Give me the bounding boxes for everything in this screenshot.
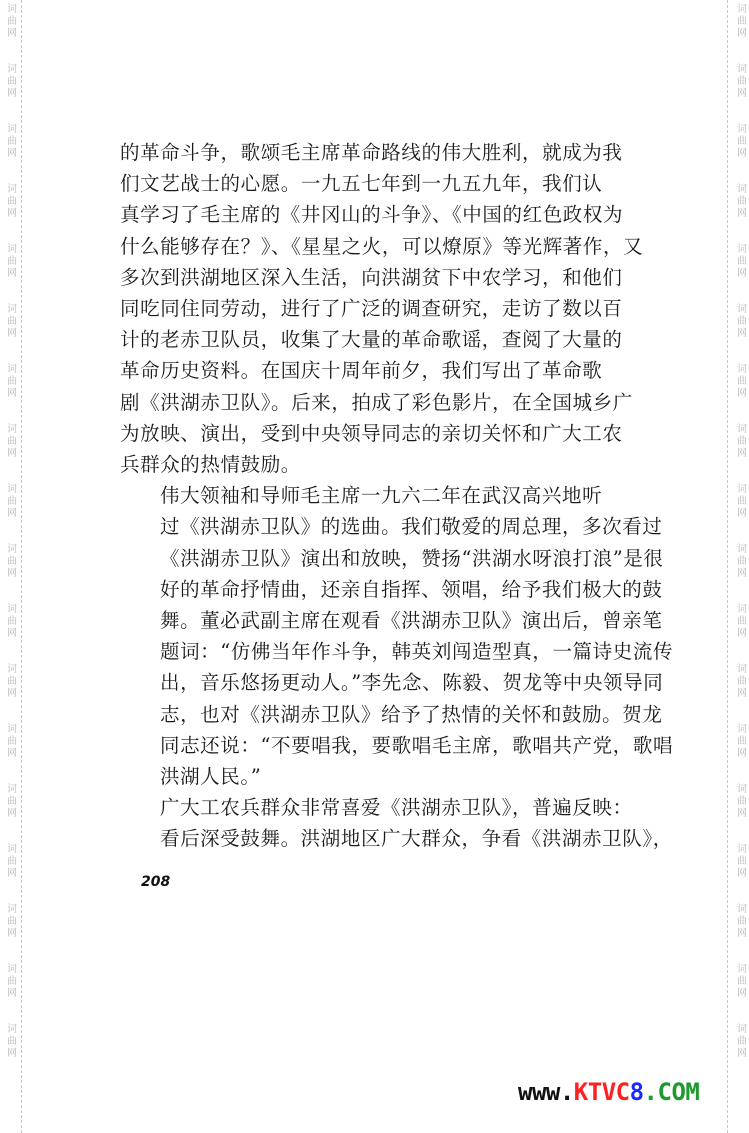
watermark-char: 网 bbox=[737, 208, 747, 220]
text-line: 看后深受鼓舞。洪湖地区广大群众，争看《洪湖赤卫队》， bbox=[120, 823, 570, 854]
watermark-char: 词 bbox=[7, 604, 17, 616]
watermark-char: 词 bbox=[7, 364, 17, 376]
watermark-group: 词曲网 bbox=[732, 604, 749, 640]
watermark-group: 词曲网 bbox=[732, 904, 749, 940]
watermark-char: 曲 bbox=[737, 376, 747, 388]
watermark-char: 网 bbox=[7, 448, 17, 460]
watermark-char: 词 bbox=[7, 124, 17, 136]
text-line: 志，也对《洪湖赤卫队》给予了热情的关怀和鼓励。贺龙 bbox=[120, 699, 570, 730]
watermark-char: 网 bbox=[737, 448, 747, 460]
watermark-char: 网 bbox=[7, 808, 17, 820]
paragraph-3: 广大工农兵群众非常喜爱《洪湖赤卫队》，普遍反映：看后深受鼓舞。洪湖地区广大群众，… bbox=[120, 792, 570, 854]
watermark-char: 网 bbox=[737, 688, 747, 700]
watermark-char: 网 bbox=[7, 208, 17, 220]
watermark-char: 网 bbox=[737, 28, 747, 40]
watermark-group: 词曲网 bbox=[2, 664, 22, 700]
text-line: 为放映、演出，受到中央领导同志的亲切关怀和广大工农 bbox=[120, 418, 570, 449]
watermark-char: 网 bbox=[7, 628, 17, 640]
watermark-char: 曲 bbox=[7, 616, 17, 628]
watermark-char: 曲 bbox=[737, 1036, 747, 1048]
watermark-char: 网 bbox=[7, 1048, 17, 1060]
watermark-group: 词曲网 bbox=[2, 724, 22, 760]
watermark-char: 词 bbox=[7, 664, 17, 676]
watermark-char: 网 bbox=[7, 928, 17, 940]
watermark-char: 网 bbox=[7, 88, 17, 100]
watermark-group: 词曲网 bbox=[2, 184, 22, 220]
watermark-char: 曲 bbox=[7, 76, 17, 88]
watermark-char: 网 bbox=[737, 508, 747, 520]
watermark-char: 曲 bbox=[737, 736, 747, 748]
watermark-char: 曲 bbox=[7, 916, 17, 928]
watermark-group: 词曲网 bbox=[732, 304, 749, 340]
text-line: 的革命斗争，歌颂毛主席革命路线的伟大胜利，就成为我 bbox=[120, 137, 570, 168]
text-line: 同志还说：“不要唱我，要歌唱毛主席，歌唱共产党，歌唱 bbox=[120, 730, 570, 761]
text-line: 真学习了毛主席的《井冈山的斗争》、《中国的红色政权为 bbox=[120, 199, 570, 230]
watermark-char: 词 bbox=[737, 184, 747, 196]
watermark-char: 曲 bbox=[7, 316, 17, 328]
watermark-char: 词 bbox=[7, 64, 17, 76]
right-dashed-divider bbox=[727, 0, 728, 1133]
left-watermark-column: 词曲网词曲网词曲网词曲网词曲网词曲网词曲网词曲网词曲网词曲网词曲网词曲网词曲网词… bbox=[0, 0, 20, 1133]
text-line: 同吃同住同劳动，进行了广泛的调查研究，走访了数以百 bbox=[120, 293, 570, 324]
watermark-char: 网 bbox=[737, 1048, 747, 1060]
watermark-char: 词 bbox=[737, 244, 747, 256]
watermark-char: 网 bbox=[737, 808, 747, 820]
watermark-char: 网 bbox=[7, 688, 17, 700]
watermark-char: 词 bbox=[737, 364, 747, 376]
watermark-char: 曲 bbox=[7, 556, 17, 568]
watermark-char: 曲 bbox=[7, 856, 17, 868]
watermark-group: 词曲网 bbox=[2, 544, 22, 580]
watermark-char: 网 bbox=[7, 748, 17, 760]
watermark-char: 网 bbox=[737, 88, 747, 100]
watermark-group: 词曲网 bbox=[2, 304, 22, 340]
watermark-group: 词曲网 bbox=[732, 964, 749, 1000]
watermark-char: 词 bbox=[7, 904, 17, 916]
watermark-group: 词曲网 bbox=[2, 4, 22, 40]
watermark-group: 词曲网 bbox=[732, 424, 749, 460]
watermark-char: 网 bbox=[7, 868, 17, 880]
watermark-group: 词曲网 bbox=[732, 844, 749, 880]
watermark-char: 网 bbox=[737, 628, 747, 640]
watermark-group: 词曲网 bbox=[2, 604, 22, 640]
watermark-char: 网 bbox=[737, 748, 747, 760]
watermark-char: 网 bbox=[737, 148, 747, 160]
watermark-char: 词 bbox=[737, 424, 747, 436]
watermark-group: 词曲网 bbox=[2, 364, 22, 400]
watermark-char: 曲 bbox=[737, 976, 747, 988]
paragraph-2: 伟大领袖和导师毛主席一九六二年在武汉高兴地听过《洪湖赤卫队》的选曲。我们敬爱的周… bbox=[120, 480, 570, 792]
watermark-group: 词曲网 bbox=[732, 664, 749, 700]
watermark-char: 网 bbox=[737, 388, 747, 400]
watermark-group: 词曲网 bbox=[2, 484, 22, 520]
watermark-char: 词 bbox=[737, 1024, 747, 1036]
url-ktvc: KTVC bbox=[574, 1078, 630, 1106]
watermark-char: 词 bbox=[7, 544, 17, 556]
watermark-char: 曲 bbox=[7, 16, 17, 28]
watermark-char: 词 bbox=[7, 724, 17, 736]
watermark-char: 曲 bbox=[7, 256, 17, 268]
watermark-char: 曲 bbox=[737, 196, 747, 208]
watermark-char: 网 bbox=[7, 28, 17, 40]
url-com: .COM bbox=[644, 1078, 700, 1106]
watermark-char: 曲 bbox=[737, 496, 747, 508]
page-number: 208 bbox=[141, 874, 170, 890]
watermark-char: 曲 bbox=[7, 1036, 17, 1048]
watermark-char: 词 bbox=[737, 904, 747, 916]
text-line: 们文艺战士的心愿。一九五七年到一九五九年，我们认 bbox=[120, 168, 570, 199]
watermark-char: 曲 bbox=[7, 376, 17, 388]
watermark-char: 词 bbox=[737, 964, 747, 976]
watermark-group: 词曲网 bbox=[732, 484, 749, 520]
watermark-char: 词 bbox=[737, 604, 747, 616]
text-line: 洪湖人民。” bbox=[120, 761, 570, 792]
watermark-char: 网 bbox=[737, 568, 747, 580]
watermark-char: 网 bbox=[7, 148, 17, 160]
watermark-group: 词曲网 bbox=[2, 424, 22, 460]
site-watermark-url: www.KTVC8.COM bbox=[518, 1078, 699, 1106]
watermark-char: 网 bbox=[737, 268, 747, 280]
watermark-char: 词 bbox=[737, 724, 747, 736]
watermark-group: 词曲网 bbox=[732, 544, 749, 580]
watermark-char: 网 bbox=[7, 268, 17, 280]
watermark-char: 曲 bbox=[7, 436, 17, 448]
text-line: 剧《洪湖赤卫队》。后来，拍成了彩色影片，在全国城乡广 bbox=[120, 387, 570, 418]
watermark-char: 词 bbox=[737, 784, 747, 796]
watermark-char: 曲 bbox=[7, 736, 17, 748]
watermark-char: 曲 bbox=[737, 136, 747, 148]
watermark-char: 词 bbox=[737, 844, 747, 856]
watermark-char: 曲 bbox=[7, 676, 17, 688]
watermark-group: 词曲网 bbox=[2, 784, 22, 820]
watermark-group: 词曲网 bbox=[732, 1024, 749, 1060]
watermark-char: 词 bbox=[737, 664, 747, 676]
watermark-char: 词 bbox=[7, 844, 17, 856]
watermark-char: 词 bbox=[737, 4, 747, 16]
text-line: 计的老赤卫队员，收集了大量的革命歌谣，查阅了大量的 bbox=[120, 324, 570, 355]
watermark-group: 词曲网 bbox=[732, 124, 749, 160]
text-line: 兵群众的热情鼓励。 bbox=[120, 449, 570, 480]
text-line: 舞。董必武副主席在观看《洪湖赤卫队》演出后，曾亲笔 bbox=[120, 605, 570, 636]
watermark-char: 曲 bbox=[7, 796, 17, 808]
watermark-group: 词曲网 bbox=[2, 844, 22, 880]
right-watermark-column: 词曲网词曲网词曲网词曲网词曲网词曲网词曲网词曲网词曲网词曲网词曲网词曲网词曲网词… bbox=[729, 0, 749, 1133]
text-line: 多次到洪湖地区深入生活，向洪湖贫下中农学习，和他们 bbox=[120, 262, 570, 293]
watermark-char: 曲 bbox=[737, 256, 747, 268]
watermark-char: 词 bbox=[737, 64, 747, 76]
watermark-char: 词 bbox=[737, 304, 747, 316]
watermark-char: 网 bbox=[7, 388, 17, 400]
watermark-char: 曲 bbox=[737, 856, 747, 868]
watermark-char: 网 bbox=[7, 568, 17, 580]
watermark-group: 词曲网 bbox=[732, 4, 749, 40]
url-www: www. bbox=[518, 1078, 574, 1106]
book-page-body: 的革命斗争，歌颂毛主席革命路线的伟大胜利，就成为我们文艺战士的心愿。一九五七年到… bbox=[120, 137, 570, 855]
watermark-char: 曲 bbox=[7, 196, 17, 208]
text-line: 好的革命抒情曲，还亲自指挥、领唱，给予我们极大的鼓 bbox=[120, 574, 570, 605]
watermark-char: 曲 bbox=[737, 616, 747, 628]
watermark-char: 曲 bbox=[737, 556, 747, 568]
text-line: 伟大领袖和导师毛主席一九六二年在武汉高兴地听 bbox=[120, 480, 570, 511]
watermark-group: 词曲网 bbox=[732, 64, 749, 100]
watermark-char: 词 bbox=[737, 544, 747, 556]
watermark-char: 网 bbox=[737, 928, 747, 940]
watermark-char: 网 bbox=[737, 328, 747, 340]
watermark-group: 词曲网 bbox=[2, 64, 22, 100]
watermark-char: 词 bbox=[7, 424, 17, 436]
watermark-group: 词曲网 bbox=[732, 244, 749, 280]
watermark-char: 曲 bbox=[7, 136, 17, 148]
text-line: 《洪湖赤卫队》演出和放映，赞扬“洪湖水呀浪打浪”是很 bbox=[120, 543, 570, 574]
paragraph-1: 的革命斗争，歌颂毛主席革命路线的伟大胜利，就成为我们文艺战士的心愿。一九五七年到… bbox=[120, 137, 570, 480]
watermark-char: 词 bbox=[7, 304, 17, 316]
watermark-char: 曲 bbox=[737, 676, 747, 688]
watermark-group: 词曲网 bbox=[2, 244, 22, 280]
text-line: 什么能够存在？》、《星星之火，可以燎原》等光辉著作，又 bbox=[120, 231, 570, 262]
watermark-group: 词曲网 bbox=[732, 184, 749, 220]
watermark-char: 曲 bbox=[737, 16, 747, 28]
watermark-group: 词曲网 bbox=[2, 904, 22, 940]
watermark-char: 曲 bbox=[737, 916, 747, 928]
watermark-char: 网 bbox=[7, 508, 17, 520]
watermark-char: 网 bbox=[7, 988, 17, 1000]
watermark-char: 曲 bbox=[7, 496, 17, 508]
watermark-char: 词 bbox=[7, 4, 17, 16]
watermark-char: 词 bbox=[7, 964, 17, 976]
watermark-group: 词曲网 bbox=[732, 364, 749, 400]
watermark-char: 网 bbox=[737, 868, 747, 880]
watermark-char: 曲 bbox=[737, 316, 747, 328]
watermark-group: 词曲网 bbox=[732, 784, 749, 820]
watermark-char: 网 bbox=[737, 988, 747, 1000]
watermark-char: 词 bbox=[7, 484, 17, 496]
text-line: 广大工农兵群众非常喜爱《洪湖赤卫队》，普遍反映： bbox=[120, 792, 570, 823]
watermark-group: 词曲网 bbox=[2, 124, 22, 160]
watermark-char: 词 bbox=[7, 1024, 17, 1036]
watermark-char: 曲 bbox=[737, 796, 747, 808]
watermark-char: 词 bbox=[7, 784, 17, 796]
watermark-char: 词 bbox=[7, 244, 17, 256]
text-line: 题词：“仿佛当年作斗争，韩英刘闯造型真，一篇诗史流传 bbox=[120, 636, 570, 667]
watermark-group: 词曲网 bbox=[732, 724, 749, 760]
watermark-char: 曲 bbox=[737, 436, 747, 448]
text-line: 过《洪湖赤卫队》的选曲。我们敬爱的周总理，多次看过 bbox=[120, 511, 570, 542]
watermark-char: 网 bbox=[7, 328, 17, 340]
watermark-char: 词 bbox=[7, 184, 17, 196]
watermark-char: 曲 bbox=[737, 76, 747, 88]
watermark-char: 词 bbox=[737, 124, 747, 136]
text-line: 革命历史资料。在国庆十周年前夕，我们写出了革命歌 bbox=[120, 355, 570, 386]
url-eight: 8 bbox=[630, 1078, 644, 1106]
watermark-group: 词曲网 bbox=[2, 964, 22, 1000]
text-line: 出，音乐悠扬更动人。”李先念、陈毅、贺龙等中央领导同 bbox=[120, 667, 570, 698]
watermark-char: 词 bbox=[737, 484, 747, 496]
watermark-char: 曲 bbox=[7, 976, 17, 988]
watermark-group: 词曲网 bbox=[2, 1024, 22, 1060]
